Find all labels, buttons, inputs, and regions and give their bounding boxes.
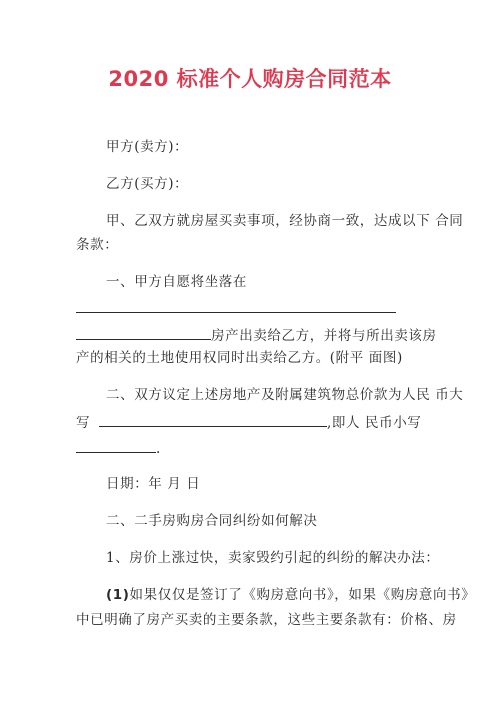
clause2-line3-suffix: . bbox=[156, 441, 161, 457]
clause1-line1: 一、甲方自愿将坐落在 bbox=[106, 273, 247, 291]
price-in-words-blank-field[interactable] bbox=[99, 412, 327, 427]
address-blank-field-continued[interactable] bbox=[76, 325, 211, 340]
clause2-line3: . bbox=[76, 438, 161, 458]
address-blank-field[interactable] bbox=[76, 298, 396, 313]
clause1-line3: 房产出卖给乙方，并将与所出卖该房 bbox=[76, 325, 437, 345]
clause1-line3-text: 房产出卖给乙方，并将与所出卖该房 bbox=[211, 328, 437, 344]
intro-paragraph-line2: 条款： bbox=[76, 236, 118, 254]
clause2-line2: 写 ,即人 民币小写 bbox=[76, 412, 421, 432]
item1-sub-line1-text: 如果仅仅是签订了《购房意向书》，如果《购房意向书》 bbox=[130, 587, 476, 603]
clause1-line4: 产的相关的土地使用权同时出卖给乙方。(附平 面图) bbox=[76, 349, 403, 367]
section2-heading: 二、二手房购房合同纠纷如何解决 bbox=[106, 512, 318, 530]
party-b-label: 乙方(买方)： bbox=[106, 175, 188, 193]
date-line: 日期：年 月 日 bbox=[106, 475, 200, 493]
document-title: 2020 标准个人购房合同范本 bbox=[0, 63, 500, 93]
item1-heading: 1、房价上涨过快，卖家毁约引起的纠纷的解决办法： bbox=[106, 549, 440, 567]
clause1-blank-line bbox=[76, 298, 396, 318]
document-page: 2020 标准个人购房合同范本 甲方(卖方)： 乙方(买方)： 甲、乙双方就房屋… bbox=[0, 0, 500, 708]
intro-paragraph-line1: 甲、乙双方就房屋买卖事项，经协商一致，达成以下 合同 bbox=[106, 212, 463, 230]
clause2-line2-suffix: ,即人 民币小写 bbox=[327, 415, 421, 431]
item1-sub-marker: (1) bbox=[106, 587, 130, 603]
party-a-label: 甲方(卖方)： bbox=[106, 138, 188, 156]
item1-sub-line1: (1)如果仅仅是签订了《购房意向书》，如果《购房意向书》 bbox=[106, 586, 475, 604]
price-in-figures-blank-field[interactable] bbox=[76, 438, 156, 453]
item1-sub-line2: 中已明确了房产买卖的主要条款，这些主要条款有：价格、房 bbox=[76, 611, 457, 629]
clause2-line1: 二、双方议定上述房地产及附属建筑物总价款为人民 币大 bbox=[106, 386, 463, 404]
clause2-line2-prefix: 写 bbox=[76, 415, 90, 431]
